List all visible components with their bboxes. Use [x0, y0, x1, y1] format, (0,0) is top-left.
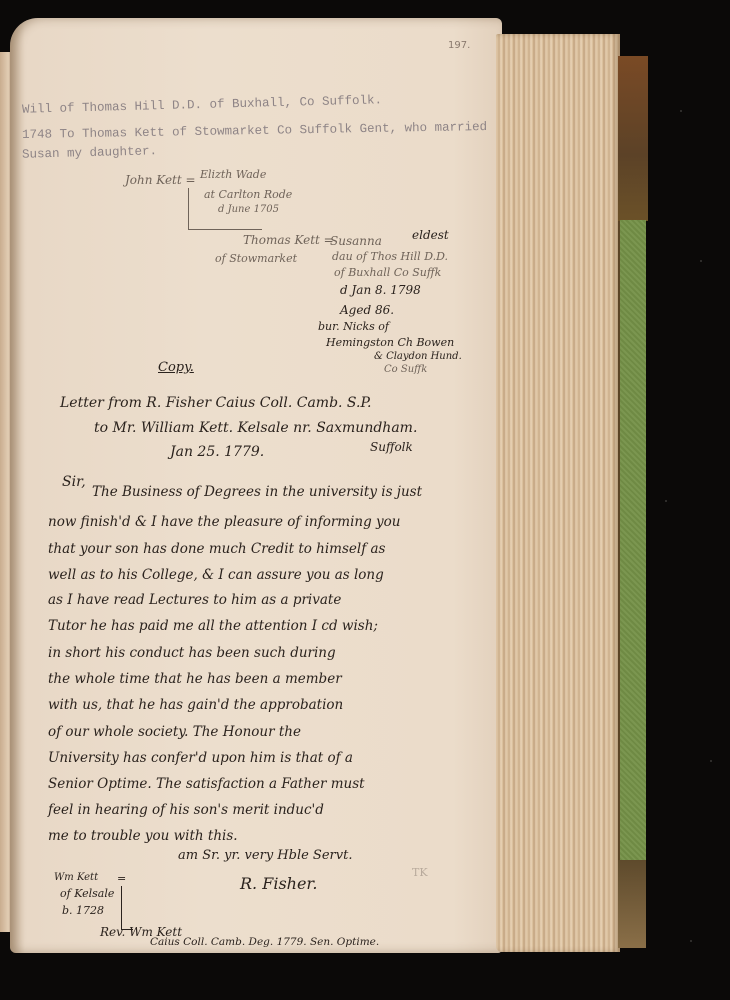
pedigree-co-suffk: Co Suffk	[384, 364, 427, 375]
letter-line: with us, that he has gain'd the approbat…	[48, 697, 343, 713]
pedigree-of-buxhall: of Buxhall Co Suffk	[334, 266, 441, 279]
letter-line: in short his conduct has been such durin…	[48, 645, 336, 661]
letter-date: Jan 25. 1779.	[170, 444, 264, 460]
pedigree-aged: Aged 86.	[340, 303, 394, 317]
cover-bottom-corner	[618, 860, 646, 948]
letter-line: Senior Optime. The satisfaction a Father…	[48, 776, 365, 792]
pedigree-burial: bur. Nicks of	[318, 320, 389, 333]
letter-line: as I have read Lectures to him as a priv…	[48, 592, 341, 608]
pedigree-died: d Jan 8. 1798	[340, 283, 421, 297]
letter-line: of our whole society. The Honour the	[48, 724, 301, 740]
pedigree-susanna: Susanna	[330, 234, 382, 248]
footnote-caius: Caius Coll. Camb. Deg. 1779. Sen. Optime…	[150, 936, 379, 948]
letter-heading-from: Letter from R. Fisher Caius Coll. Camb. …	[60, 395, 372, 411]
pedigree-eliz-wade: Elizth Wade	[200, 168, 266, 181]
letter-line: that your son has done much Credit to hi…	[48, 541, 385, 557]
letter-line: The Business of Degrees in the universit…	[92, 484, 422, 500]
background-speck	[680, 110, 682, 112]
pedigree-hemingston: Hemingston Ch Bowen	[326, 336, 454, 349]
letter-closing: am Sr. yr. very Hble Servt.	[178, 848, 352, 863]
cover-leather-corner	[618, 56, 648, 221]
pedigree-thomas-kett: Thomas Kett =	[243, 233, 334, 247]
footnote-of-kelsale: of Kelsale	[60, 887, 114, 900]
letter-line: now finish'd & I have the pleasure of in…	[48, 514, 401, 530]
pedigree-dau-of: dau of Thos Hill D.D.	[332, 250, 448, 263]
letter-line: the whole time that he has been a member	[48, 671, 342, 687]
pedigree-carlton-rode: at Carlton Rode	[204, 188, 292, 201]
footnote-line	[121, 886, 122, 930]
page-number: 197.	[448, 40, 470, 51]
letter-heading-to: to Mr. William Kett. Kelsale nr. Saxmund…	[94, 420, 417, 436]
page-block-edges	[496, 34, 620, 952]
background-speck	[700, 260, 702, 262]
letter-line: me to trouble you with this.	[48, 828, 238, 844]
background-speck	[665, 500, 667, 502]
letter-line: well as to his College, & I can assure y…	[48, 567, 384, 583]
footnote-equals: =	[117, 872, 126, 885]
copy-label: Copy.	[158, 360, 194, 375]
cover-green-cloth	[620, 220, 646, 860]
letter-salutation: Sir,	[62, 474, 86, 490]
pedigree-line	[188, 188, 189, 230]
letter-line: University has confer'd upon him is that…	[48, 750, 353, 766]
pedigree-marriage-date: d June 1705	[218, 204, 279, 215]
pedigree-of-stowmarket: of Stowmarket	[215, 252, 297, 265]
background-speck	[710, 760, 712, 762]
letter-line: Tutor he has paid me all the attention I…	[48, 618, 378, 634]
background-speck	[690, 940, 692, 942]
letter-signature: R. Fisher.	[240, 874, 317, 893]
letter-heading-suffolk: Suffolk	[370, 440, 413, 454]
pencil-initials: TK	[412, 866, 428, 879]
pedigree-john-kett: John Kett =	[125, 173, 196, 187]
footnote-wm-kett: Wm Kett	[54, 872, 98, 883]
letter-line: feel in hearing of his son's merit induc…	[48, 802, 324, 818]
pedigree-line	[188, 229, 262, 230]
footnote-born: b. 1728	[62, 904, 104, 917]
pedigree-eldest: eldest	[412, 228, 449, 242]
pedigree-claydon: & Claydon Hund.	[374, 351, 462, 362]
